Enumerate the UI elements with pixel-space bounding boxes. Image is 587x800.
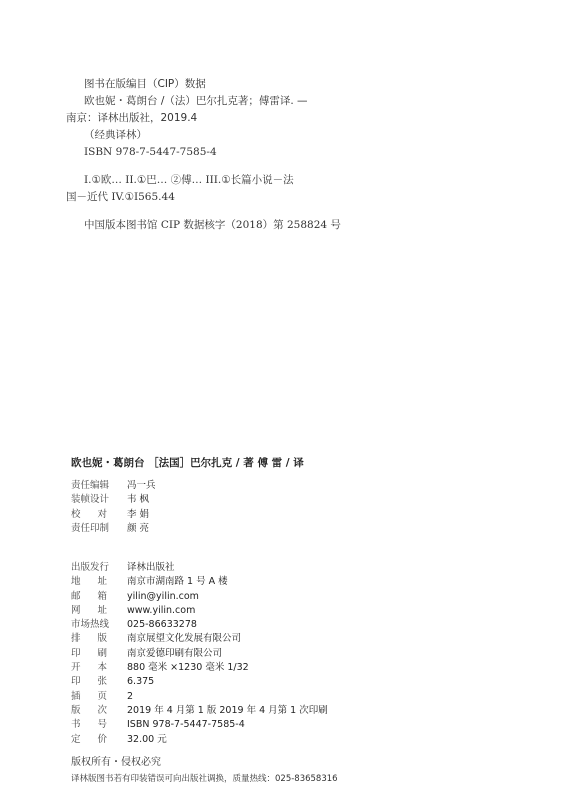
staff-label: 责任印制 <box>71 522 127 536</box>
publication-label-char: 号 <box>97 718 107 732</box>
publication-row: 印刷南京爱德印刷有限公司 <box>71 647 328 661</box>
publication-label: 印刷 <box>71 647 107 661</box>
cip-classification-2: 国－近代 IV.①I565.44 <box>66 189 175 206</box>
publication-row: 网址www.yilin.com <box>71 604 328 618</box>
publication-label-char: 印 <box>71 647 81 661</box>
publication-label-char: 价 <box>97 733 107 747</box>
publication-label-char: 书 <box>71 718 81 732</box>
staff-row: 责任编辑冯一兵 <box>71 479 156 493</box>
publication-value: 南京展望文化发展有限公司 <box>127 632 241 646</box>
staff-value: 李 娟 <box>127 508 149 522</box>
quality-hotline-notice: 译林版图书若有印装错误可向出版社调换，质量热线：025-83658316 <box>71 772 338 784</box>
publication-label: 邮箱 <box>71 590 107 604</box>
publication-value: 2019 年 4 月第 1 版 2019 年 4 月第 1 次印刷 <box>127 704 328 718</box>
publication-label-char: 页 <box>97 690 107 704</box>
cip-heading: 图书在版编目（CIP）数据 <box>84 76 206 93</box>
publication-value: 2 <box>127 690 133 704</box>
publication-value: 32.00 元 <box>127 733 167 747</box>
publication-label: 网址 <box>71 604 107 618</box>
publication-label-char: 定 <box>71 733 81 747</box>
staff-row: 责任印制颜 亮 <box>71 522 156 536</box>
publication-label-char: 插 <box>71 690 81 704</box>
publication-label-char: 印 <box>71 675 81 689</box>
staff-value: 韦 枫 <box>127 493 149 507</box>
publication-label-char: 地 <box>71 575 81 589</box>
publication-value: ISBN 978-7-5447-7585-4 <box>127 718 245 732</box>
publication-row: 书号ISBN 978-7-5447-7585-4 <box>71 718 328 732</box>
copyright-notice: 版权所有・侵权必究 <box>71 753 161 768</box>
cip-classification-1: I.①欧… II.①巴… ②傅… III.①长篇小说－法 <box>84 172 294 189</box>
publication-value: 译林出版社 <box>127 561 175 575</box>
publication-row: 出版发行译林出版社 <box>71 561 328 575</box>
publication-row: 地址南京市湖南路 1 号 A 楼 <box>71 575 328 589</box>
staff-value: 颜 亮 <box>127 522 149 536</box>
publication-label: 版次 <box>71 704 107 718</box>
staff-value: 冯一兵 <box>127 479 156 493</box>
publication-label-char: 址 <box>97 604 107 618</box>
publication-value: 6.375 <box>127 675 154 689</box>
publication-label-char: 版 <box>71 704 81 718</box>
staff-row: 装帧设计韦 枫 <box>71 493 156 507</box>
publication-row: 市场热线025-86633278 <box>71 618 328 632</box>
staff-list: 责任编辑冯一兵装帧设计韦 枫校对李 娟责任印制颜 亮 <box>71 479 156 536</box>
publication-row: 插页2 <box>71 690 328 704</box>
publication-label: 书号 <box>71 718 107 732</box>
publication-value: 025-86633278 <box>127 618 197 632</box>
publication-info: 出版发行译林出版社地址南京市湖南路 1 号 A 楼邮箱yilin@yilin.c… <box>71 561 328 747</box>
publication-label-char: 邮 <box>71 590 81 604</box>
publication-row: 版次2019 年 4 月第 1 版 2019 年 4 月第 1 次印刷 <box>71 704 328 718</box>
publication-label-char: 网 <box>71 604 81 618</box>
publication-row: 定价32.00 元 <box>71 733 328 747</box>
publication-label-char: 次 <box>97 704 107 718</box>
publication-row: 排版南京展望文化发展有限公司 <box>71 632 328 646</box>
publication-label-char: 址 <box>97 575 107 589</box>
cip-number: 中国版本图书馆 CIP 数据核字（2018）第 258824 号 <box>84 217 341 234</box>
cip-isbn: ISBN 978-7-5447-7585-4 <box>84 144 217 161</box>
book-title-line: 欧也妮・葛朗台 ［法国］巴尔扎克 / 著 傅 雷 / 译 <box>71 455 304 470</box>
staff-row: 校对李 娟 <box>71 508 156 522</box>
publication-row: 开本880 毫米 ×1230 毫米 1/32 <box>71 661 328 675</box>
publication-label: 出版发行 <box>71 561 127 575</box>
publication-label: 定价 <box>71 733 107 747</box>
staff-label-char: 对 <box>97 508 107 522</box>
staff-label: 责任编辑 <box>71 479 127 493</box>
publication-row: 邮箱yilin@yilin.com <box>71 590 328 604</box>
publication-label: 印张 <box>71 675 107 689</box>
publication-label: 地址 <box>71 575 107 589</box>
publication-label-char: 开 <box>71 661 81 675</box>
publication-label-char: 版 <box>97 632 107 646</box>
publication-label-char: 箱 <box>97 590 107 604</box>
publication-value: www.yilin.com <box>127 604 195 618</box>
cip-line-2: 南京：译林出版社，2019.4 <box>66 110 197 127</box>
cip-line-3: （经典译林） <box>84 127 147 144</box>
publication-value: 南京爱德印刷有限公司 <box>127 647 222 661</box>
cip-line-1: 欧也妮・葛朗台 /（法）巴尔扎克著；傅雷译. — <box>84 93 308 110</box>
publication-label-char: 刷 <box>97 647 107 661</box>
publication-value: 南京市湖南路 1 号 A 楼 <box>127 575 228 589</box>
publication-label-char: 张 <box>97 675 107 689</box>
publication-value: yilin@yilin.com <box>127 590 199 604</box>
publication-label: 市场热线 <box>71 618 127 632</box>
staff-label-char: 校 <box>71 508 81 522</box>
publication-label: 排版 <box>71 632 107 646</box>
staff-label: 装帧设计 <box>71 493 127 507</box>
staff-label: 校对 <box>71 508 107 522</box>
publication-label-char: 本 <box>97 661 107 675</box>
publication-label: 插页 <box>71 690 107 704</box>
publication-label-char: 排 <box>71 632 81 646</box>
publication-row: 印张6.375 <box>71 675 328 689</box>
publication-value: 880 毫米 ×1230 毫米 1/32 <box>127 661 249 675</box>
publication-label: 开本 <box>71 661 107 675</box>
